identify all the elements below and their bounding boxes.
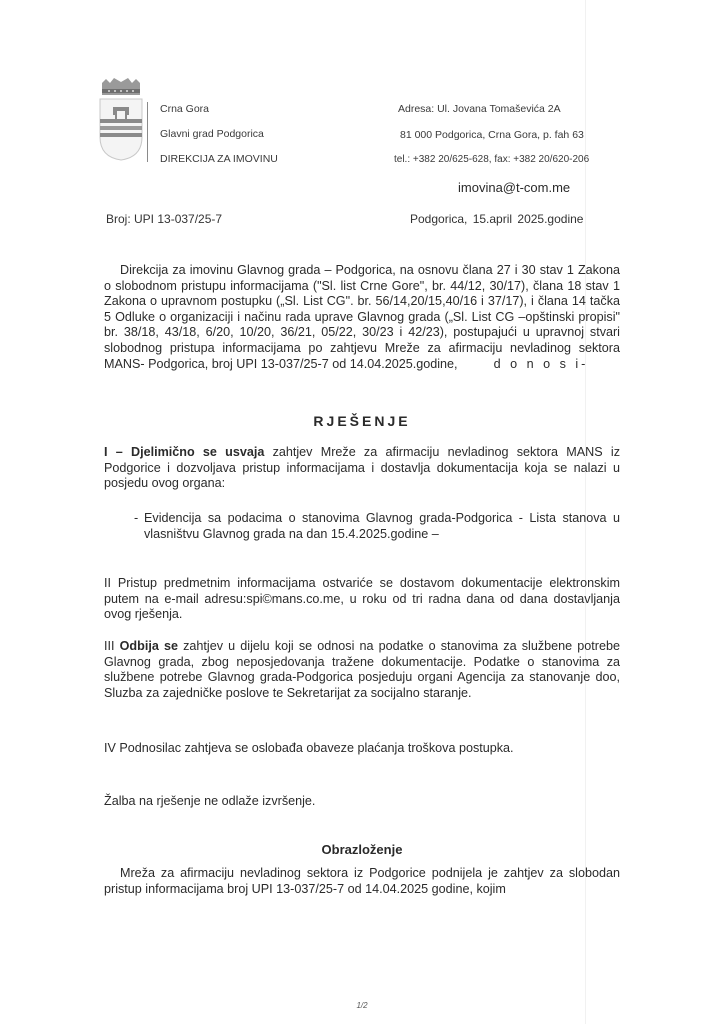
section-three-prefix: III [104,639,120,653]
page-number: 1/2 [0,1001,724,1010]
section-one: I – Djelimično se usvaja zahtjev Mreže z… [104,445,620,492]
org-country: Crna Gora [160,103,209,115]
appeal-note: Žalba na rješenje ne odlaže izvršenje. [104,794,315,808]
donosi-text: d o n o s i- [494,357,589,371]
document-list-text: Evidencija sa podacima o stanovima Glavn… [144,511,620,541]
document-page: Crna Gora Glavni grad Podgorica DIREKCIJ… [0,0,724,1024]
section-two-text: II Pristup predmetnim informacijama ostv… [104,576,620,621]
section-three: III Odbija se zahtjev u dijelu koji se o… [104,639,620,701]
obrazlozenje-title: Obrazloženje [0,842,724,857]
obrazlozenje-text: Mreža za afirmaciju nevladinog sektora i… [104,866,620,896]
address-street: Adresa: Ul. Jovana Tomaševića 2A [398,103,561,115]
header-divider [147,102,148,162]
intro-paragraph: Direkcija za imovinu Glavnog grada – Pod… [104,263,620,372]
org-city: Glavni grad Podgorica [160,128,264,140]
intro-text: Direkcija za imovinu Glavnog grada – Pod… [104,263,620,371]
section-three-text: zahtjev u dijelu koji se odnosi na podat… [104,639,620,700]
coat-of-arms-icon [98,77,144,161]
section-two: II Pristup predmetnim informacijama ostv… [104,576,620,623]
address-postal: 81 000 Podgorica, Crna Gora, p. fah 63 [400,129,584,141]
header-email: imovina@t-com.me [458,180,570,195]
place-date: Podgorica, 15.april 2025.godine [410,212,583,226]
reference-number: Broj: UPI 13-037/25-7 [106,212,222,226]
bullet-dash: - [134,511,138,527]
resenje-title: RJEŠENJE [0,413,724,429]
section-three-heading: Odbija se [120,639,178,653]
document-list-item: - Evidencija sa podacima o stanovima Gla… [144,511,620,542]
org-directorate: DIREKCIJA ZA IMOVINU [160,153,278,165]
section-four: IV Podnosilac zahtjeva se oslobađa obave… [104,741,514,755]
address-phone-fax: tel.: +382 20/625-628, fax: +382 20/620-… [394,154,589,165]
section-one-heading: I – Djelimično se usvaja [104,445,264,459]
obrazlozenje-paragraph: Mreža za afirmaciju nevladinog sektora i… [104,866,620,897]
